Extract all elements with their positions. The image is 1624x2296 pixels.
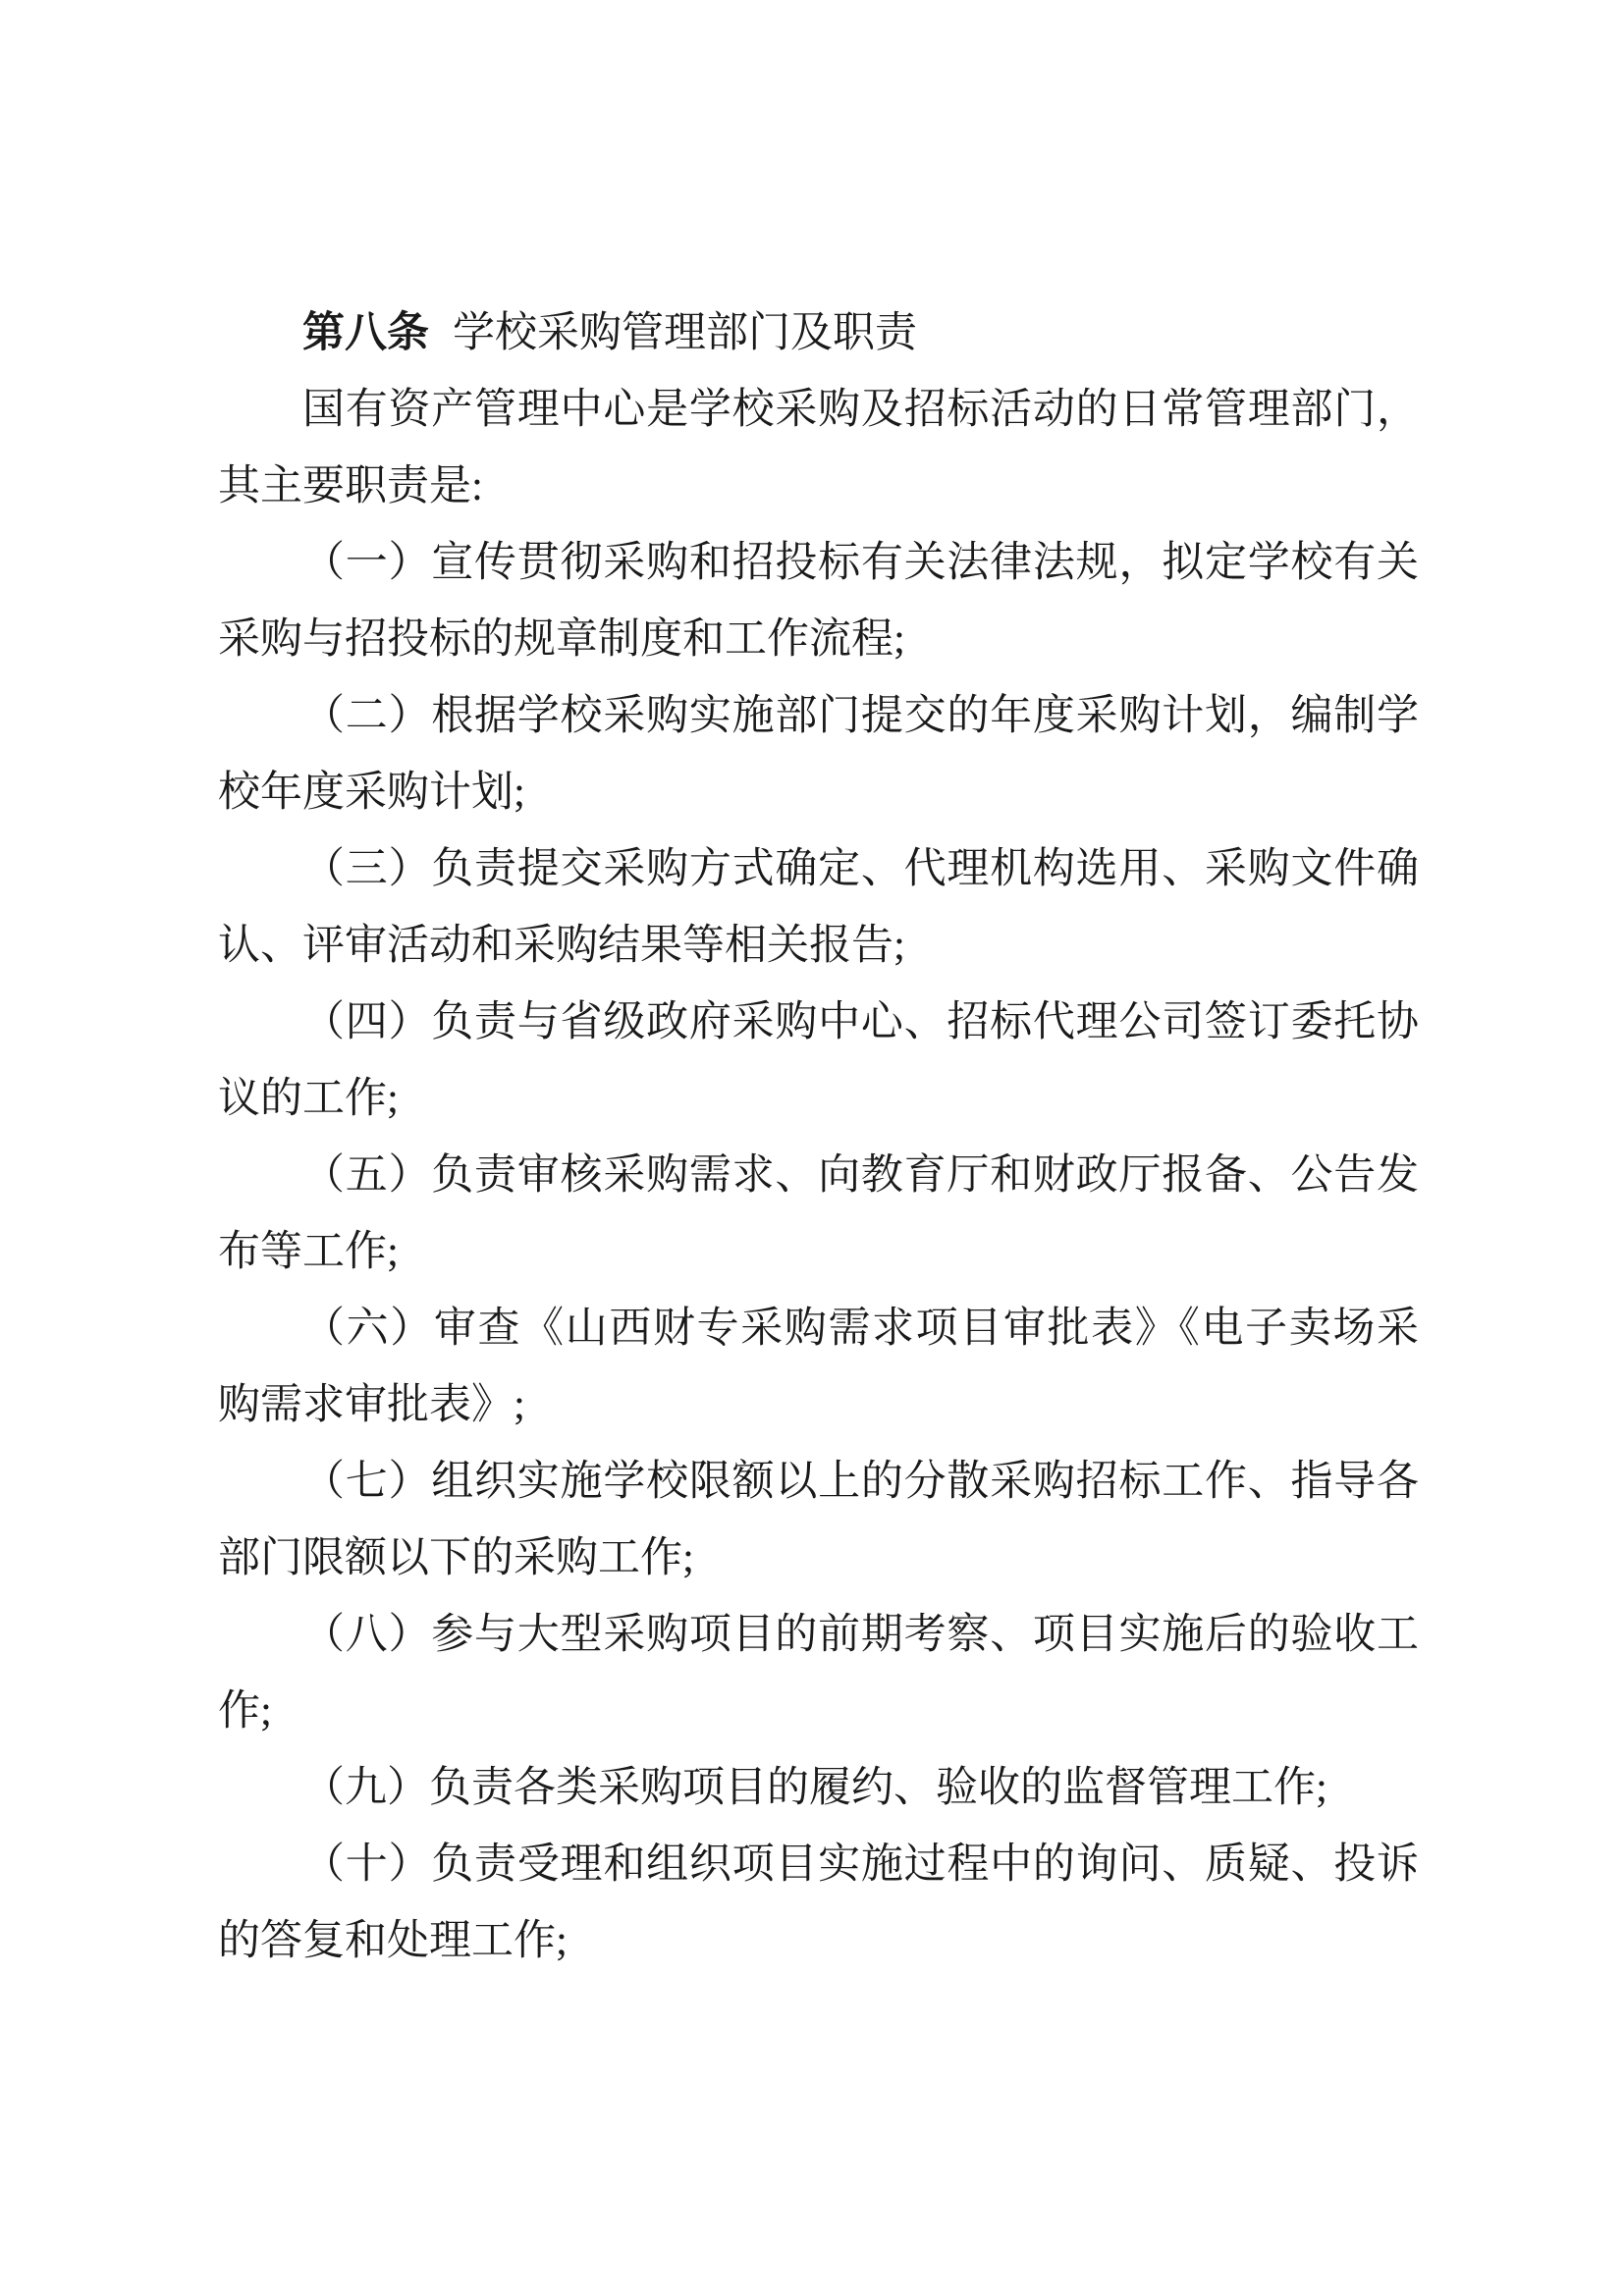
paragraph-line: （三）负责提交采购方式确定、代理机构选用、采购文件确 [218,831,1419,908]
paragraph: （十）负责受理和组织项目实施过程中的询问、质疑、投诉的答复和处理工作; [218,1827,1419,1980]
paragraph: （七）组织实施学校限额以上的分散采购招标工作、指导各部门限额以下的采购工作; [218,1444,1419,1597]
paragraphs-container: 国有资产管理中心是学校采购及招标活动的日常管理部门，其主要职责是:（一）宣传贯彻… [218,372,1419,1980]
paragraph-line: 认、评审活动和采购结果等相关报告; [218,908,1419,985]
paragraph-line: 布等工作; [218,1214,1419,1291]
article-number-label: 第八条 [302,309,429,356]
paragraph-line: 国有资产管理中心是学校采购及招标活动的日常管理部门， [218,372,1419,449]
paragraph-line: 其主要职责是: [218,449,1419,525]
paragraph: 国有资产管理中心是学校采购及招标活动的日常管理部门，其主要职责是: [218,372,1419,525]
paragraph-line: （五）负责审核采购需求、向教育厅和财政厅报备、公告发 [218,1138,1419,1214]
document-body: 第八条学校采购管理部门及职责 国有资产管理中心是学校采购及招标活动的日常管理部门… [218,294,1419,1980]
paragraph: （六）审查《山西财专采购需求项目审批表》《电子卖场采购需求审批表》; [218,1291,1419,1444]
paragraph-line: 的答复和处理工作; [218,1903,1419,1980]
paragraph-line: （七）组织实施学校限额以上的分散采购招标工作、指导各 [218,1444,1419,1521]
paragraph: （四）负责与省级政府采购中心、招标代理公司签订委托协议的工作; [218,985,1419,1138]
paragraph-line: 校年度采购计划; [218,755,1419,831]
document-page: 第八条学校采购管理部门及职责 国有资产管理中心是学校采购及招标活动的日常管理部门… [0,0,1624,2296]
paragraph-line: （十）负责受理和组织项目实施过程中的询问、质疑、投诉 [218,1827,1419,1903]
paragraph: （九）负责各类采购项目的履约、验收的监督管理工作; [218,1750,1419,1827]
paragraph: （三）负责提交采购方式确定、代理机构选用、采购文件确认、评审活动和采购结果等相关… [218,831,1419,985]
paragraph-line: 议的工作; [218,1061,1419,1138]
paragraph: （一）宣传贯彻采购和招投标有关法律法规，拟定学校有关采购与招投标的规章制度和工作… [218,525,1419,678]
paragraph-line: 部门限额以下的采购工作; [218,1521,1419,1597]
paragraph-line: （九）负责各类采购项目的履约、验收的监督管理工作; [218,1750,1419,1827]
paragraph-line: 作; [218,1674,1419,1750]
article-heading: 第八条学校采购管理部门及职责 [218,294,1419,372]
paragraph-line: 购需求审批表》; [218,1367,1419,1444]
article-title: 学校采购管理部门及职责 [453,310,917,356]
paragraph-line: （二）根据学校采购实施部门提交的年度采购计划，编制学 [218,678,1419,755]
paragraph: （八）参与大型采购项目的前期考察、项目实施后的验收工作; [218,1597,1419,1750]
paragraph-line: 采购与招投标的规章制度和工作流程; [218,602,1419,678]
paragraph-line: （四）负责与省级政府采购中心、招标代理公司签订委托协 [218,985,1419,1061]
paragraph-line: （八）参与大型采购项目的前期考察、项目实施后的验收工 [218,1597,1419,1674]
paragraph: （二）根据学校采购实施部门提交的年度采购计划，编制学校年度采购计划; [218,678,1419,831]
paragraph-line: （一）宣传贯彻采购和招投标有关法律法规，拟定学校有关 [218,525,1419,602]
paragraph: （五）负责审核采购需求、向教育厅和财政厅报备、公告发布等工作; [218,1138,1419,1291]
paragraph-line: （六）审查《山西财专采购需求项目审批表》《电子卖场采 [218,1291,1419,1367]
